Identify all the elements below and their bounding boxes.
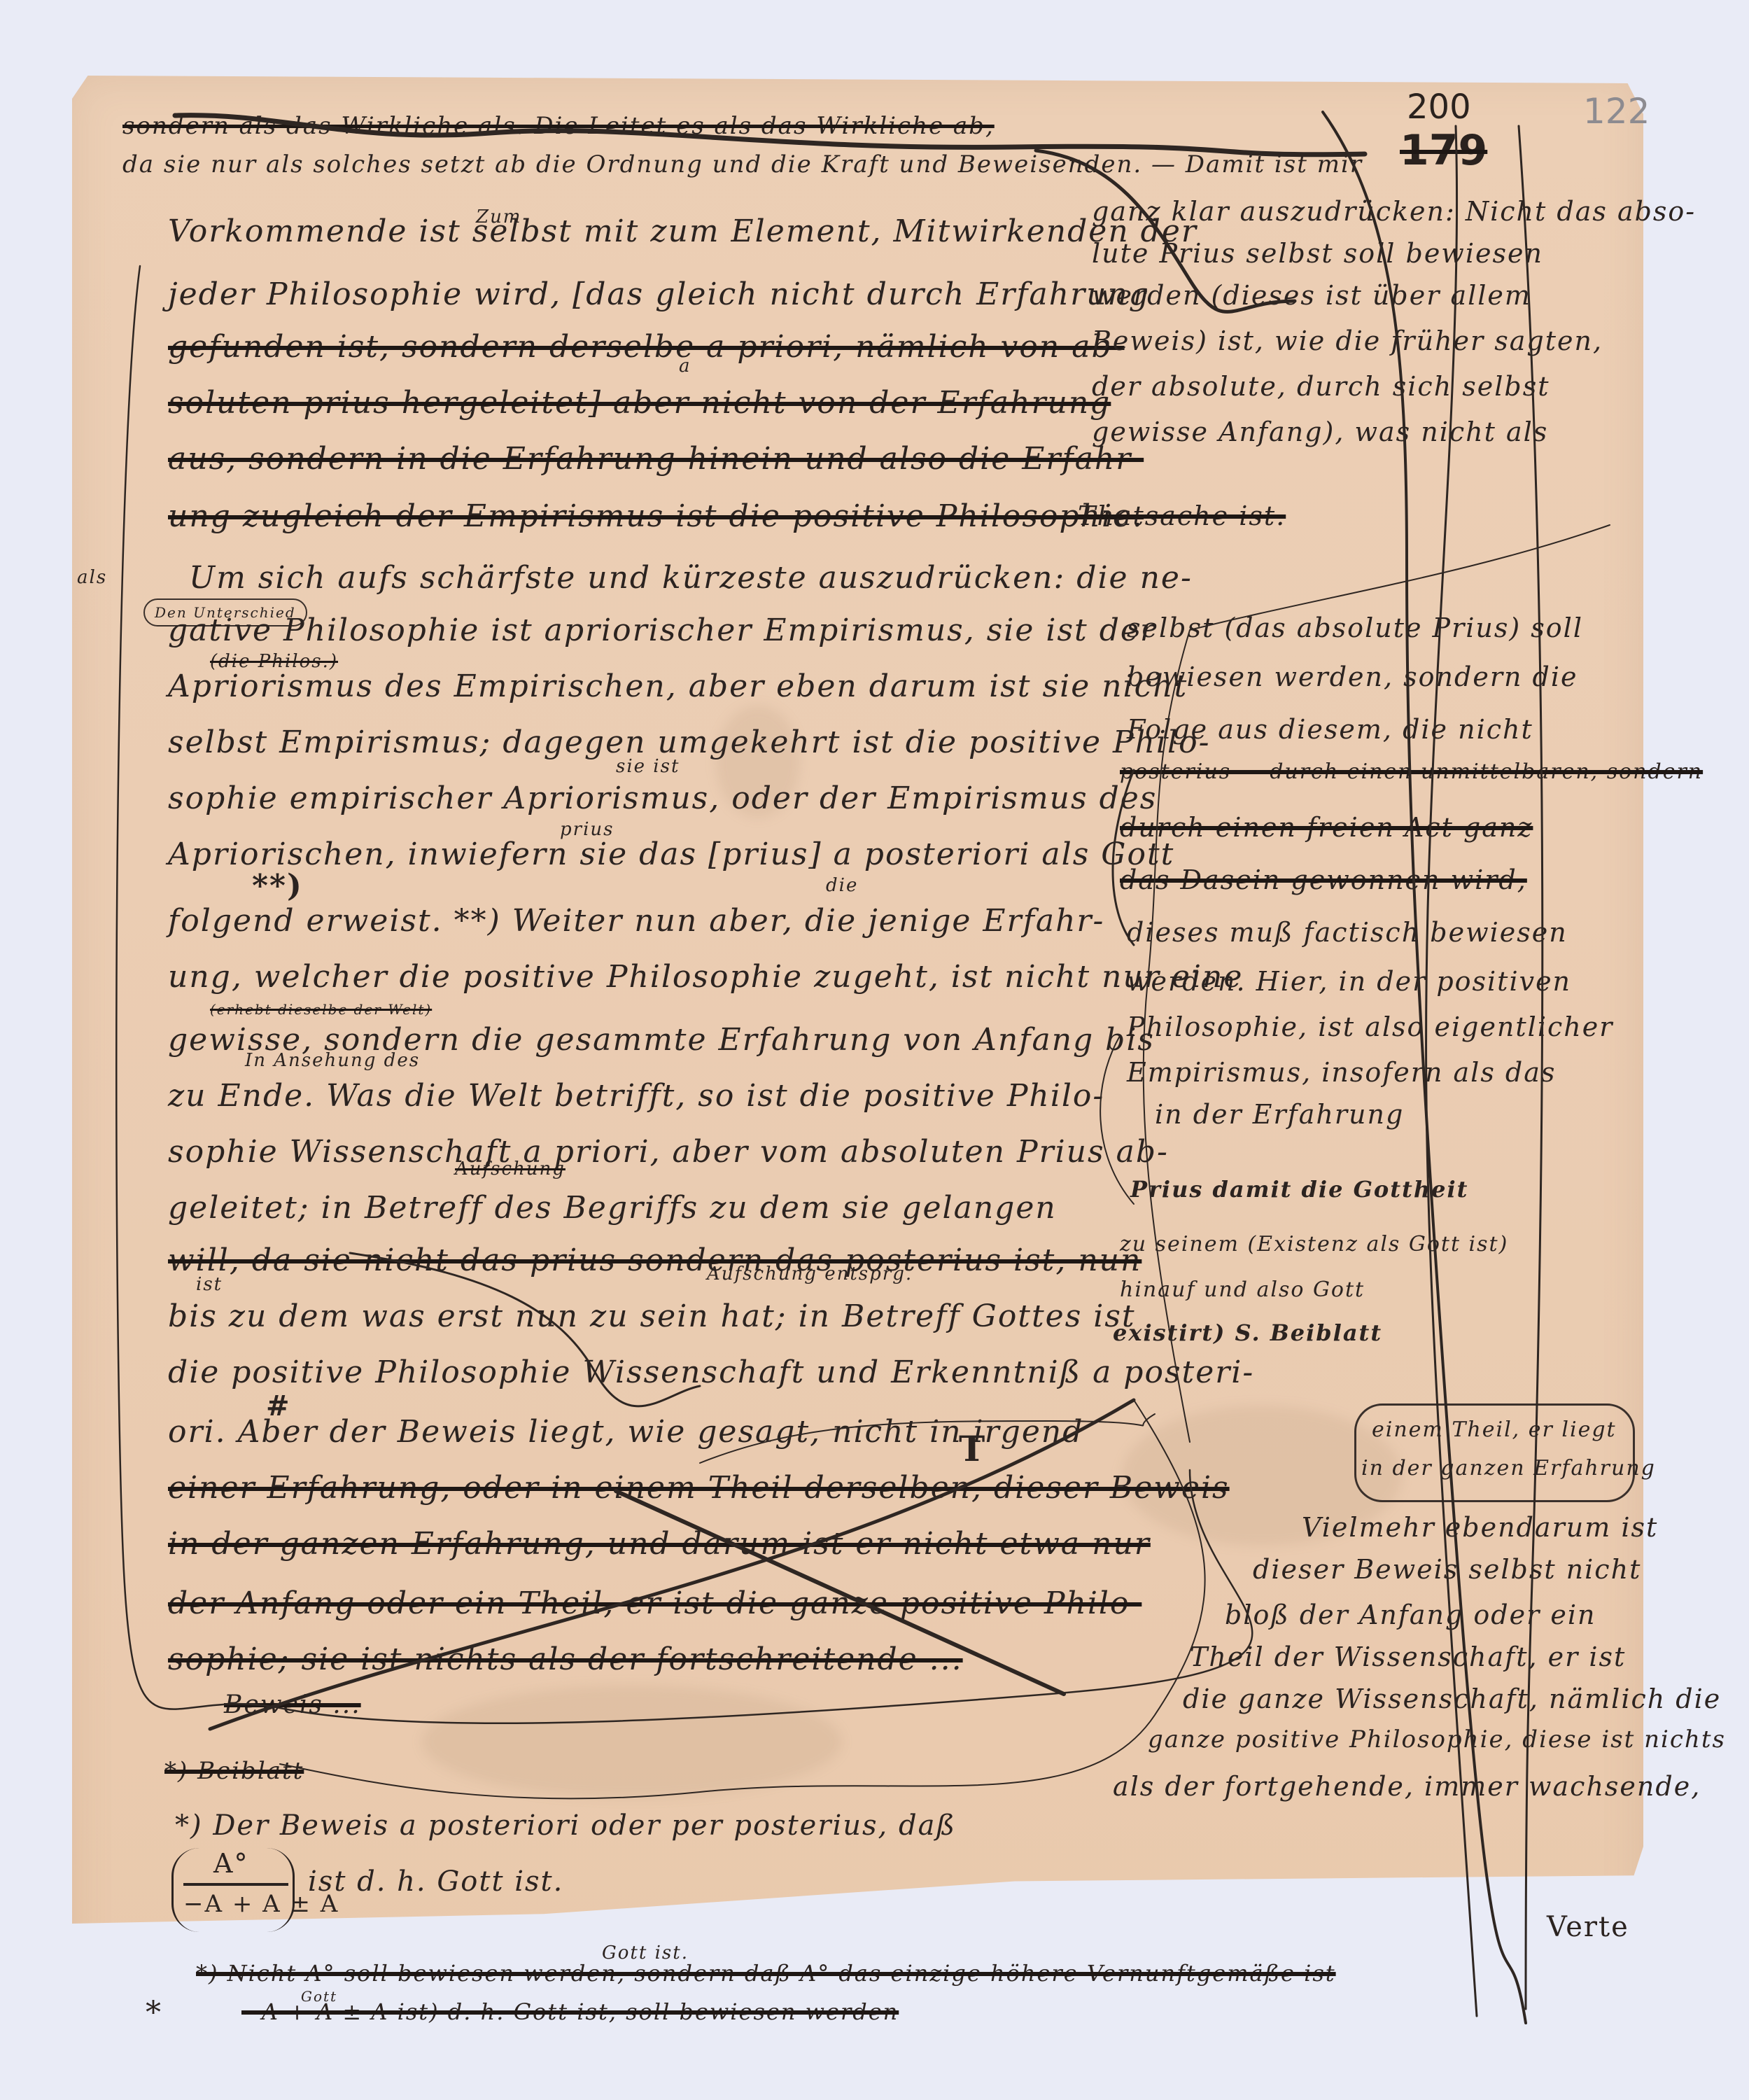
right-line: werden (dieses ist über allem <box>1092 280 1531 311</box>
folio-number-struck: 179 <box>1400 126 1487 175</box>
margin-asterisk: * <box>146 1995 162 2031</box>
main-line-struck: aus, sondern in die Erfahrung hinein und… <box>168 441 1144 477</box>
verte-note: Verte <box>1547 1911 1629 1943</box>
footnote-header-struck: *) Beiblatt <box>164 1757 304 1785</box>
interlinear-welt: (erhebt dieselbe der Welt) <box>210 1001 432 1018</box>
right-line-struck: das Dasein gewonnen wird, <box>1120 864 1527 895</box>
right-line: hinauf und also Gott <box>1120 1277 1365 1302</box>
right-line: werden. Hier, in der positiven <box>1127 966 1571 997</box>
main-line: bis zu dem was erst nun zu sein hat; in … <box>168 1298 1136 1334</box>
main-line: geleitet; in Betreff des Begriffs zu dem… <box>168 1190 1057 1226</box>
right-line-struck: Thatsache ist. <box>1078 500 1286 531</box>
main-line-struck: in der ganzen Erfahrung, und darum ist e… <box>168 1526 1151 1562</box>
right-line: Theil der Wissenschaft, er ist <box>1190 1641 1626 1672</box>
main-line-struck: der Anfang oder ein Theil, er ist die ga… <box>168 1585 1142 1621</box>
main-line: Um sich aufs schärfste und kürzeste ausz… <box>189 560 1193 596</box>
main-line: ori. Aber der Beweis liegt, wie gesagt, … <box>168 1414 1083 1450</box>
right-line: dieser Beweis selbst nicht <box>1253 1554 1641 1585</box>
main-line-struck: sophie; sie ist nichts als der fortschre… <box>168 1641 963 1677</box>
right-line: Prius damit die Gottheit <box>1130 1176 1468 1203</box>
formula-numerator: A° <box>213 1848 248 1879</box>
right-line: zu seinem (Existenz als Gott ist) <box>1120 1232 1508 1256</box>
margin-als: als <box>77 567 107 588</box>
right-line: der absolute, durch sich selbst <box>1092 371 1550 402</box>
top-line-2: da sie nur als solches setzt ab die Ordn… <box>122 150 1363 178</box>
right-line: bloß der Anfang oder ein <box>1225 1599 1596 1630</box>
boxed-note-line: einem Theil, er liegt <box>1372 1417 1617 1442</box>
footnote-1: *) Der Beweis a posteriori oder per post… <box>175 1809 956 1842</box>
main-line: gative Philosophie ist apriorischer Empi… <box>168 612 1156 648</box>
footnote-2-struck: *) Nicht A° soll bewiesen werden, sonder… <box>196 1960 1336 1987</box>
boxed-note-line: in der ganzen Erfahrung <box>1361 1456 1656 1480</box>
right-line: gewisse Anfang), was nicht als <box>1092 416 1548 447</box>
right-line: Vielmehr ebendarum ist <box>1302 1512 1658 1543</box>
main-line: jeder Philosophie wird, [das gleich nich… <box>168 276 1150 312</box>
main-line-struck: gefunden ist, sondern derselbe a priori,… <box>168 329 1125 365</box>
main-line-struck: soluten prius hergeleitet] aber nicht vo… <box>168 385 1111 421</box>
main-line-struck: Beweis ... <box>224 1690 361 1719</box>
right-line-struck: durch einen freien Act ganz <box>1120 812 1533 843</box>
right-line: Empirismus, insofern als das <box>1127 1057 1556 1088</box>
right-line: die ganze Wissenschaft, nämlich die <box>1183 1683 1721 1714</box>
interlinear-die: die <box>826 875 858 896</box>
main-line: folgend erweist. **) Weiter nun aber, di… <box>168 903 1104 939</box>
main-line: Apriorischen, inwiefern sie das [prius] … <box>168 836 1174 872</box>
right-line: dieses muß factisch bewiesen <box>1127 917 1568 948</box>
right-line: ganze positive Philosophie, diese ist ni… <box>1148 1725 1726 1753</box>
main-line: Vorkommende ist selbst mit zum Element, … <box>168 213 1197 249</box>
right-line: als der fortgehende, immer wachsende, <box>1113 1771 1701 1802</box>
main-line-struck: will, da sie nicht das prius sondern das… <box>168 1242 1142 1278</box>
right-line: existirt) S. Beiblatt <box>1113 1319 1382 1346</box>
main-line: selbst Empirismus; dagegen umgekehrt ist… <box>168 724 1210 760</box>
right-line: Philosophie, ist also eigentlicher <box>1127 1011 1613 1042</box>
top-line-1: sondern als das Wirkliche als. Die Leite… <box>122 112 995 140</box>
main-line: zu Ende. Was die Welt betrifft, so ist d… <box>168 1078 1104 1114</box>
folio-number-current: 200 <box>1407 87 1471 127</box>
right-line-struck: posterius — durch einen unmittelbaren, s… <box>1120 759 1703 784</box>
right-line: ganz klar auszudrücken: Nicht das abso- <box>1092 196 1696 227</box>
paper-stain <box>422 1686 842 1798</box>
right-line: in der Erfahrung <box>1155 1099 1404 1130</box>
main-line: sophie Wissenschaft a priori, aber vom a… <box>168 1134 1169 1170</box>
right-line: lute Prius selbst soll bewiesen <box>1092 238 1543 269</box>
main-line: gewisse, sondern die gesammte Erfahrung … <box>168 1022 1155 1058</box>
right-line: Beweis) ist, wie die früher sagten, <box>1092 325 1603 356</box>
asterisk-marker: **) <box>252 868 303 904</box>
main-line-struck: ung zugleich der Empirismus ist die posi… <box>168 498 1144 534</box>
right-line: Folge aus diesem, die nicht <box>1127 714 1533 745</box>
main-line: Apriorismus des Empirischen, aber eben d… <box>168 668 1188 704</box>
main-line-struck: einer Erfahrung, oder in einem Theil der… <box>168 1470 1230 1506</box>
formula-fraction-bar <box>183 1883 288 1886</box>
footnote-1-continued: ist d. h. Gott ist. <box>308 1865 563 1898</box>
right-line: selbst (das absolute Prius) soll <box>1127 612 1583 643</box>
archive-folio-number: 122 <box>1583 91 1650 132</box>
main-line: die positive Philosophie Wissenschaft un… <box>168 1354 1254 1390</box>
main-line: sophie empirischer Apriorismus, oder der… <box>168 780 1157 816</box>
footnote-3-struck: −A + A ± A ist) d. h. Gott ist, soll bew… <box>241 1998 899 2025</box>
main-line: ung, welcher die positive Philosophie zu… <box>168 959 1243 995</box>
right-line: bewiesen werden, sondern die <box>1127 661 1578 692</box>
